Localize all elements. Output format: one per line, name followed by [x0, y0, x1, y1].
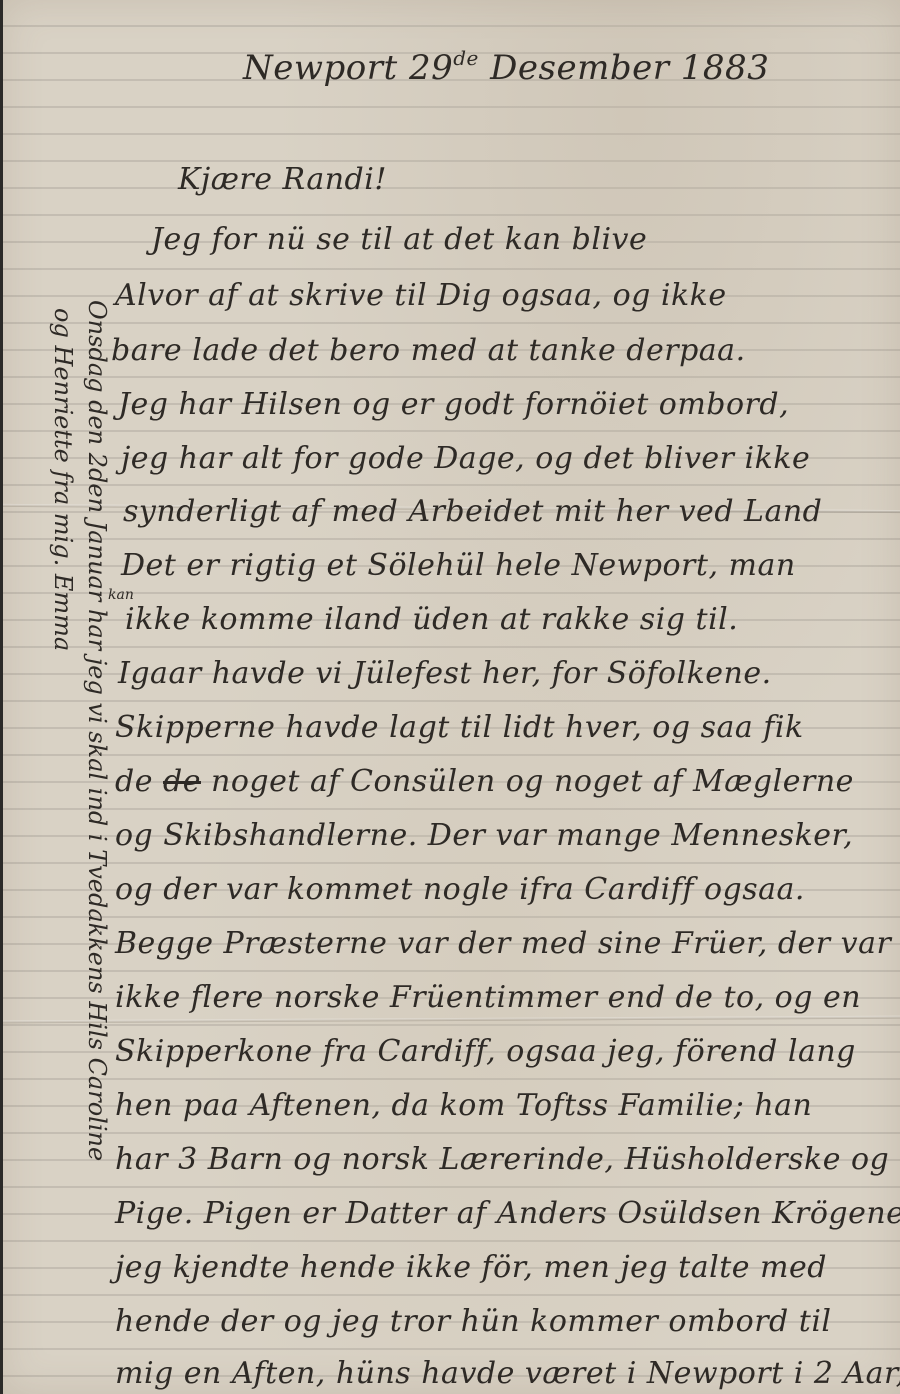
body-line: mig en Aften, hüns havde været i Newport…: [115, 1356, 900, 1391]
body-line: Skipperkone fra Cardiff, ogsaa jeg, före…: [115, 1034, 856, 1069]
body-line: hen paa Aftenen, da kom Toftss Familie; …: [115, 1088, 812, 1123]
body-line: Det er rigtig et Sölehül hele Newport, m…: [121, 548, 796, 583]
margin-note: Onsdag den 2den Januar har jeg vi skal i…: [83, 300, 111, 1161]
body-line: Jeg for nü se til at det kan blive: [151, 222, 647, 257]
struck-word: de: [163, 764, 201, 799]
body-line: jeg har alt for gode Dage, og det bliver…: [121, 441, 810, 476]
body-line: bare lade det bero med at tanke derpaa.: [111, 333, 746, 368]
body-line: hende der og jeg tror hün kommer ombord …: [115, 1304, 832, 1339]
body-line: jeg kjendte hende ikke för, men jeg talt…: [115, 1250, 827, 1285]
body-line: Pige. Pigen er Datter af Anders Osüldsen…: [115, 1196, 900, 1231]
line-text: noget af Consülen og noget af Mæglerne: [211, 764, 854, 799]
body-line: synderligt af med Arbeidet mit her ved L…: [123, 494, 822, 529]
body-line: har 3 Barn og norsk Lærerinde, Hüsholder…: [115, 1142, 889, 1177]
body-line: Igaar havde vi Jülefest her, for Söfolke…: [118, 656, 772, 691]
line-prefix: de: [115, 764, 153, 799]
insertion-mark: kan: [108, 587, 134, 603]
body-line: Begge Præsterne var der med sine Früer, …: [115, 926, 891, 961]
margin-note: og Henriette fra mig. Emma: [49, 308, 77, 651]
body-line: Jeg har Hilsen og er godt fornöiet ombor…: [118, 387, 789, 422]
body-line: Alvor af at skrive til Dig ogsaa, og ikk…: [115, 278, 727, 313]
body-line: de de noget af Consülen og noget af Mægl…: [115, 764, 854, 799]
body-line: og der var kommet nogle ifra Cardiff ogs…: [115, 872, 805, 907]
letter-page: Newport 29de Desember 1883 Kjære Randi! …: [3, 0, 900, 1394]
body-line: og Skibshandlerne. Der var mange Mennesk…: [115, 818, 853, 853]
body-line: ikke flere norske Früentimmer end de to,…: [115, 980, 861, 1015]
body-line: Skipperne havde lagt til lidt hver, og s…: [115, 710, 804, 745]
letter-body: Jeg for nü se til at det kan blive Alvor…: [3, 0, 900, 1394]
body-line: ikke komme iland üden at rakke sig til.: [125, 602, 738, 637]
